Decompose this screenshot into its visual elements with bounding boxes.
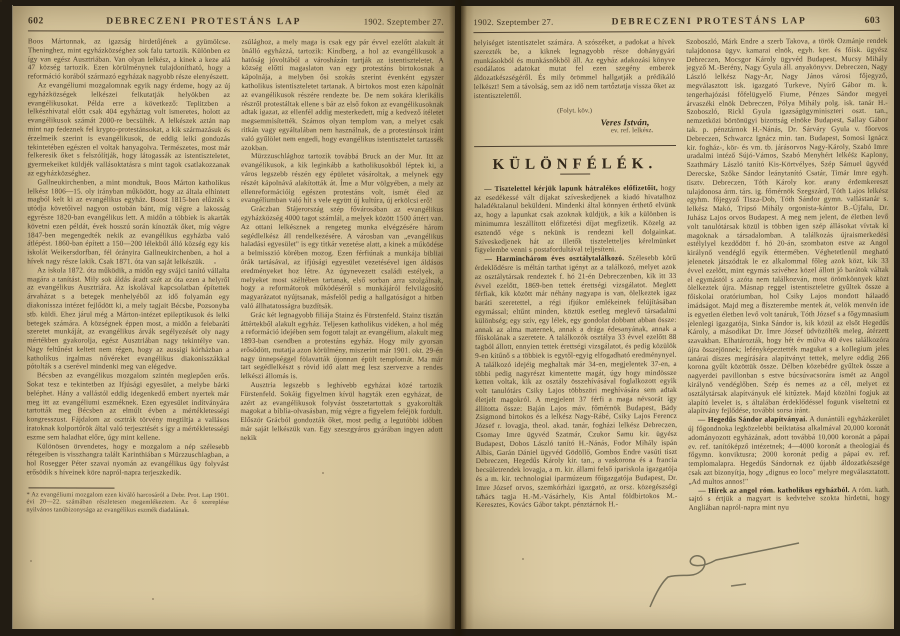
body-paragraph: Különösen örvendetes, hogy e mozgalom a … bbox=[27, 442, 230, 478]
body-paragraph: Szoboszló, Márk Endre a szerb Takova, a … bbox=[686, 37, 889, 416]
right-page-column-2: Szoboszló, Márk Endre a szerb Takova, a … bbox=[686, 37, 891, 624]
item-lead-title: — Tisztelettel kérjük lapunk hátralékos … bbox=[484, 183, 658, 193]
section-title-underline bbox=[560, 173, 590, 174]
news-item-paragraph: — Hírek az angol róm. katholikus egyházb… bbox=[688, 486, 890, 513]
left-column2-text: zsúlághoz, a mely maga is csak egy pár é… bbox=[240, 38, 444, 443]
left-page-number: 602 bbox=[28, 16, 44, 26]
news-items-column1: — Tisztelettel kérjük lapunk hátralékos … bbox=[474, 184, 677, 511]
left-page-column-2: zsúlághoz, a mely maga is csak egy pár é… bbox=[240, 38, 444, 625]
section-title: KÜLÖNFÉLÉK. bbox=[474, 160, 676, 170]
item-lead-title: — Hegedűs Sándor alapítványai. bbox=[698, 415, 808, 425]
masthead-title: DEBRECZENI PROTESTÁNS LAP bbox=[612, 16, 807, 27]
footnote-rule bbox=[28, 487, 114, 488]
item-lead-title: — Harminchárom éves osztálytalálkozó. bbox=[485, 253, 625, 263]
book-gutter-shadow bbox=[449, 0, 467, 636]
section-divider-rule bbox=[474, 145, 676, 147]
news-item-paragraph: — Hegedűs Sándor alapítványai. A dunántú… bbox=[688, 415, 890, 486]
news-item-paragraph: — Tisztelettel kérjük lapunk hátralékos … bbox=[474, 184, 676, 255]
issue-date: 1902. Szeptember 27. bbox=[473, 17, 553, 27]
body-paragraph: Boos Mártonnak, az igazság hirdetőjének … bbox=[28, 37, 231, 82]
body-paragraph: Mürzzuschlághoz tartozik továbbá Bruck a… bbox=[241, 152, 444, 205]
body-paragraph: Ausztria legszebb s leghívebb egyházai k… bbox=[240, 381, 443, 443]
masthead-title: DEBRECZENI PROTESTÁNS LAP bbox=[106, 17, 301, 28]
left-column1-text: Boos Mártonnak, az igazság hirdetőjének … bbox=[27, 37, 231, 477]
news-item-paragraph: — Harminchárom éves osztálytalálkozó. Sz… bbox=[475, 254, 678, 510]
issue-date: 1902. Szeptember 27. bbox=[364, 16, 444, 26]
scan-noise-specks bbox=[0, 0, 2, 2]
right-page-number: 603 bbox=[865, 16, 881, 26]
news-items-column2: Szoboszló, Márk Endre a szerb Takova, a … bbox=[686, 37, 890, 513]
item-lead-title: — Hírek az angol róm. katholikus egyházb… bbox=[698, 485, 849, 495]
left-page: 602 DEBRECZENI PROTESTÁNS LAP 1902. Szep… bbox=[13, 6, 455, 629]
body-paragraph: Az evangéliumi mozgalomnak egyik nagy ér… bbox=[27, 81, 230, 178]
scanned-periodical-spread: 602 DEBRECZENI PROTESTÁNS LAP 1902. Szep… bbox=[0, 0, 900, 636]
body-paragraph: Gráczban Stájerország szép fővárosában a… bbox=[241, 205, 444, 311]
right-page-header: 1902. Szeptember 27. DEBRECZENI PROTESTÁ… bbox=[473, 15, 880, 33]
continuation-mark: (Folyt. köv.) bbox=[474, 107, 676, 117]
body-paragraph: zsúlághoz, a mely maga is csak egy pár é… bbox=[241, 38, 444, 153]
footnote: * Az evangéliumi mozgalom ezen kiváló ha… bbox=[26, 491, 229, 514]
left-page-header: 602 DEBRECZENI PROTESTÁNS LAP 1902. Szep… bbox=[28, 15, 444, 32]
left-page-column-1: Boos Mártonnak, az igazság hirdetőjének … bbox=[26, 37, 230, 624]
body-paragraph: Bécsben az evangélikus mozgalom szintén … bbox=[27, 372, 230, 443]
body-paragraph: Gallneukirchenben, a mint mondtuk, Boos … bbox=[27, 178, 230, 267]
author-title: ev. ref. lelkész. bbox=[474, 127, 676, 137]
right-page-column-1: helyiséget istentisztelet számára. A szó… bbox=[473, 38, 678, 625]
article-continuation: helyiséget istentisztelet számára. A szó… bbox=[473, 38, 675, 101]
body-paragraph: Az iskola 1872. óta működik, a midőn egy… bbox=[27, 266, 230, 372]
body-paragraph: Grác két legnagyobb filiája Stainz és Fü… bbox=[240, 311, 443, 382]
body-paragraph: helyiséget istentisztelet számára. A szó… bbox=[473, 38, 675, 101]
right-page: 1902. Szeptember 27. DEBRECZENI PROTESTÁ… bbox=[461, 6, 894, 629]
page-edge-highlight bbox=[12, 5, 13, 629]
